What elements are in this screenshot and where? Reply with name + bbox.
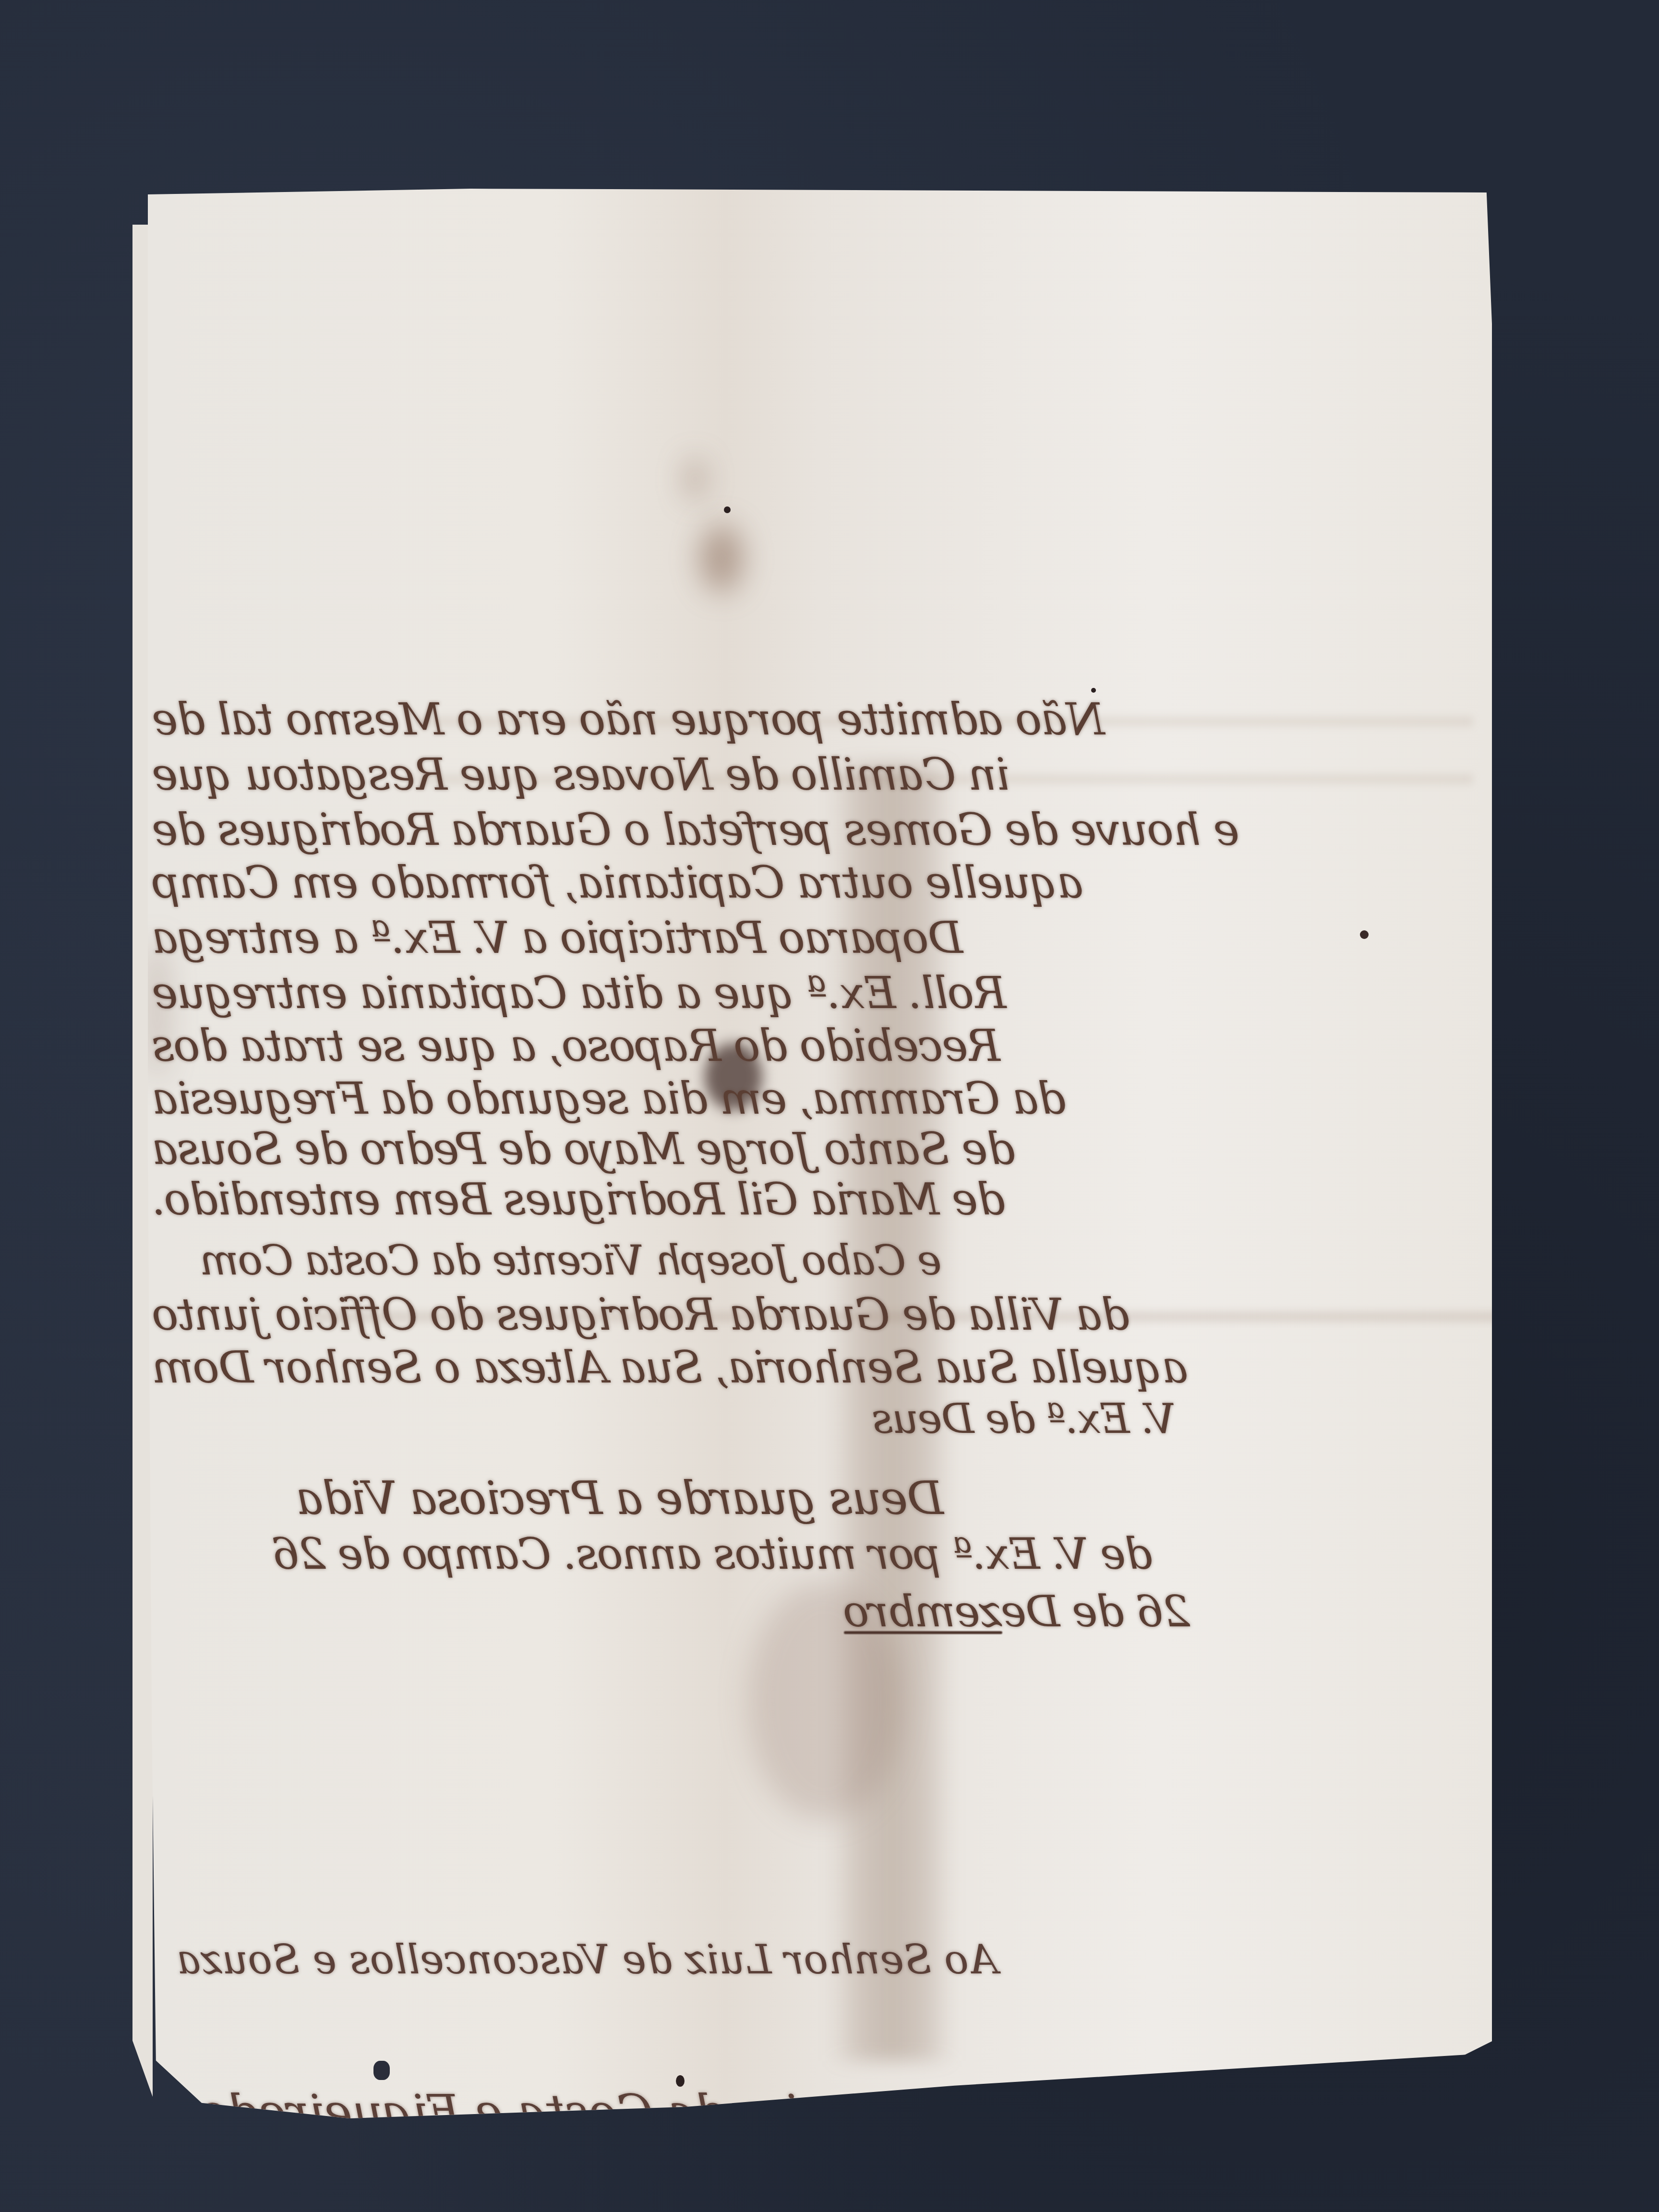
ink-dot [676,2075,685,2087]
ink-dot [1360,930,1369,939]
body-line: Recebido do Raposo, a que se trata dos [153,1024,1000,1068]
body-line: V. Ex.ª de Deus [873,1398,1176,1440]
body-line: e houve de Gomes perfetal o Guarda Rodri… [153,808,1239,852]
body-line: e Cabo Joseph Vicente da Costa Com [201,1240,942,1281]
body-line: Doparao Participio a V. Ex.ª a entrega [153,916,963,960]
body-line: da Villa de Guarda Rodrigues do Officio … [153,1293,1130,1337]
addressee-line: Ao Senhor Luiz de Vasconcellos e Souza [177,1936,998,1983]
body-line: Não admitte porque não era o Mesmo tal d… [153,697,1105,742]
body-line: aquelle outra Capitania, formado em Camp [153,861,1083,905]
body-line: in Camillo de Novaes que Resgatou que [153,753,1010,797]
body-line: Roll. Ex.ª que a dita Capitania entregue [153,971,1006,1015]
edge-tear [373,2061,390,2080]
ink-dot [724,506,731,513]
body-line: 26 de Dezembro [844,1590,1190,1634]
body-line: de V. Ex.ª por muitos annos. Campo de 26 [273,1533,1153,1576]
manuscript-page: Não admitte porque não era o Mesmo tal d… [148,189,1492,2118]
body-line: de Santo Jorge Mayo de Pedro de Sousa [153,1127,1015,1171]
ink-dot [1091,688,1096,693]
ink-stain [685,457,705,501]
body-line: Deus guarde a Preciosa Vida [297,1475,944,1521]
body-line: aquella Sua Senhoria, Sua Alteza o Senho… [153,1346,1188,1390]
body-line: da Gramma, em dia segundo da Freguesia [153,1077,1066,1121]
body-line: de Maria Gil Rodrigues Bem entendido. [153,1178,1005,1222]
ink-stain [700,525,743,592]
date-underline [844,1631,1002,1634]
